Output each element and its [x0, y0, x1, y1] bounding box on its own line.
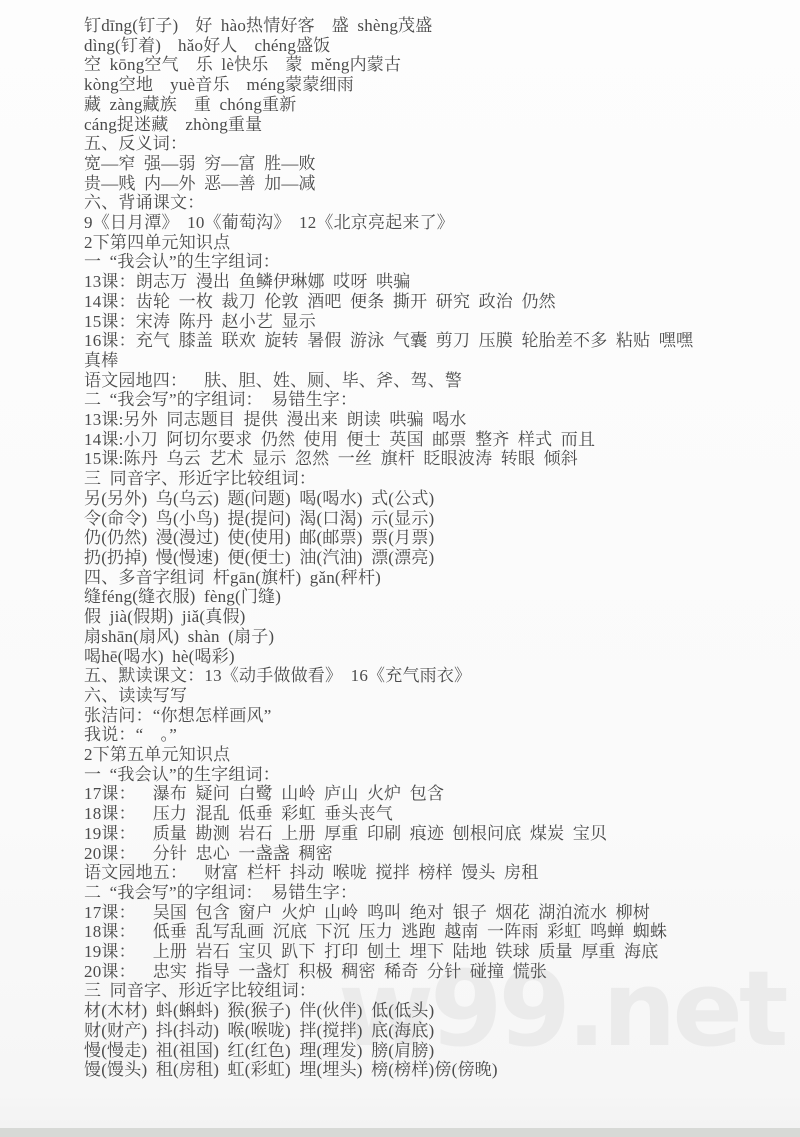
- text-line: 张洁问：“你想怎样画风”: [84, 706, 774, 726]
- text-line: 语文园地五： 财富 栏杆 抖动 喉咙 搅拌 榜样 馒头 房租: [84, 863, 774, 883]
- text-line: 一 “我会认”的生字组词：: [84, 765, 774, 785]
- text-line: 2下第四单元知识点: [84, 233, 774, 253]
- text-line: 20课： 分针 忠心 一盏盏 稠密: [84, 844, 774, 864]
- text-line: 慢(慢走) 祖(祖国) 红(红色) 理(理发) 膀(肩膀): [84, 1041, 774, 1061]
- text-line: 一 “我会认”的生字组词：: [84, 252, 774, 272]
- text-line: 财(财产) 抖(抖动) 喉(喉咙) 拌(搅拌) 底(海底): [84, 1021, 774, 1041]
- text-line: 另(另外) 乌(乌云) 题(问题) 喝(喝水) 式(公式): [84, 489, 774, 509]
- text-line: 四、多音字组词 杆gān(旗杆) gǎn(秤杆): [84, 568, 774, 588]
- text-line: 语文园地四： 肤、胆、姓、厕、毕、斧、驾、警: [84, 371, 774, 391]
- text-line: 19课： 上册 岩石 宝贝 趴下 打印 刨土 埋下 陆地 铁球 质量 厚重 海底: [84, 942, 774, 962]
- text-line: 14课：齿轮 一枚 裁刀 伦敦 酒吧 便条 撕开 研究 政治 仍然: [84, 292, 774, 312]
- text-line: 14课:小刀 阿切尔要求 仍然 使用 便士 英国 邮票 整齐 样式 而且: [84, 430, 774, 450]
- text-line: 我说：“ 。”: [84, 725, 774, 745]
- text-content: 钉dīng(钉子) 好 hào热情好客 盛 shèng茂盛dìng(钉着) hǎ…: [84, 16, 774, 1080]
- text-line: 2下第五单元知识点: [84, 745, 774, 765]
- text-line: dìng(钉着) hǎo好人 chéng盛饭: [84, 36, 774, 56]
- text-line: 喝hē(喝水) hè(喝彩): [84, 647, 774, 667]
- text-line: 藏 zàng藏族 重 chóng重新: [84, 95, 774, 115]
- text-line: 20课： 忠实 指导 一盏灯 积极 稠密 稀奇 分针 碰撞 慌张: [84, 962, 774, 982]
- text-line: 五、反义词：: [84, 134, 774, 154]
- text-line: 六、读读写写: [84, 686, 774, 706]
- text-line: 三 同音字、形近字比较组词：: [84, 469, 774, 489]
- text-line: 假 jià(假期) jiǎ(真假): [84, 607, 774, 627]
- text-line: 扇shān(扇风) shàn (扇子): [84, 627, 774, 647]
- text-line: 真棒: [84, 351, 774, 371]
- text-line: 17课： 吴国 包含 窗户 火炉 山岭 鸣叫 绝对 银子 烟花 湖泊流水 柳树: [84, 903, 774, 923]
- text-line: 18课： 压力 混乱 低垂 彩虹 垂头丧气: [84, 804, 774, 824]
- text-line: 钉dīng(钉子) 好 hào热情好客 盛 shèng茂盛: [84, 16, 774, 36]
- text-line: 15课：宋涛 陈丹 赵小艺 显示: [84, 312, 774, 332]
- text-line: 令(命令) 鸟(小鸟) 提(提问) 渴(口渴) 示(显示): [84, 509, 774, 529]
- text-line: 材(木材) 蚪(蝌蚪) 猴(猴子) 伴(伙伴) 低(低头): [84, 1001, 774, 1021]
- text-line: 扔(扔掉) 慢(慢速) 便(便士) 油(汽油) 漂(漂亮): [84, 548, 774, 568]
- text-line: kòng空地 yuè音乐 méng蒙蒙细雨: [84, 75, 774, 95]
- text-line: 六、背诵课文：: [84, 193, 774, 213]
- text-line: 二 “我会写”的字组词： 易错生字：: [84, 883, 774, 903]
- text-line: 17课： 瀑布 疑问 白鹭 山岭 庐山 火炉 包含: [84, 784, 774, 804]
- text-line: 16课：充气 膝盖 联欢 旋转 暑假 游泳 气囊 剪刀 压膜 轮胎差不多 粘贴 …: [84, 331, 774, 351]
- text-line: 三 同音字、形近字比较组词：: [84, 981, 774, 1001]
- text-line: cáng捉迷藏 zhòng重量: [84, 115, 774, 135]
- text-line: 19课： 质量 勘测 岩石 上册 厚重 印刷 痕迹 刨根问底 煤炭 宝贝: [84, 824, 774, 844]
- text-line: 13课:另外 同志题目 提供 漫出来 朗读 哄骗 喝水: [84, 410, 774, 430]
- text-line: 15课:陈丹 乌云 艺术 显示 忽然 一丝 旗杆 眨眼波涛 转眼 倾斜: [84, 449, 774, 469]
- text-line: 馒(馒头) 租(房租) 虹(彩虹) 埋(埋头) 榜(榜样)傍(傍晚): [84, 1060, 774, 1080]
- text-line: 9《日月潭》 10《葡萄沟》 12《北京亮起来了》: [84, 213, 774, 233]
- footer-bar: [0, 1128, 800, 1137]
- text-line: 二 “我会写”的字组词： 易错生字：: [84, 390, 774, 410]
- text-line: 五、默读课文：13《动手做做看》 16《充气雨衣》: [84, 666, 774, 686]
- text-line: 18课： 低垂 乱写乱画 沉底 下沉 压力 逃跑 越南 一阵雨 彩虹 鸣蝉 蜘蛛: [84, 922, 774, 942]
- document-page: w99.net 钉dīng(钉子) 好 hào热情好客 盛 shèng茂盛dìn…: [0, 0, 800, 1137]
- text-line: 13课：朗志万 漫出 鱼鳞伊琳娜 哎呀 哄骗: [84, 272, 774, 292]
- text-line: 空 kōng空气 乐 lè快乐 蒙 měng内蒙古: [84, 55, 774, 75]
- text-line: 仍(仍然) 漫(漫过) 使(使用) 邮(邮票) 票(月票): [84, 528, 774, 548]
- text-line: 缝féng(缝衣服) fèng(门缝): [84, 587, 774, 607]
- text-line: 宽—窄 强—弱 穷—富 胜—败: [84, 154, 774, 174]
- text-line: 贵—贱 内—外 恶—善 加—减: [84, 174, 774, 194]
